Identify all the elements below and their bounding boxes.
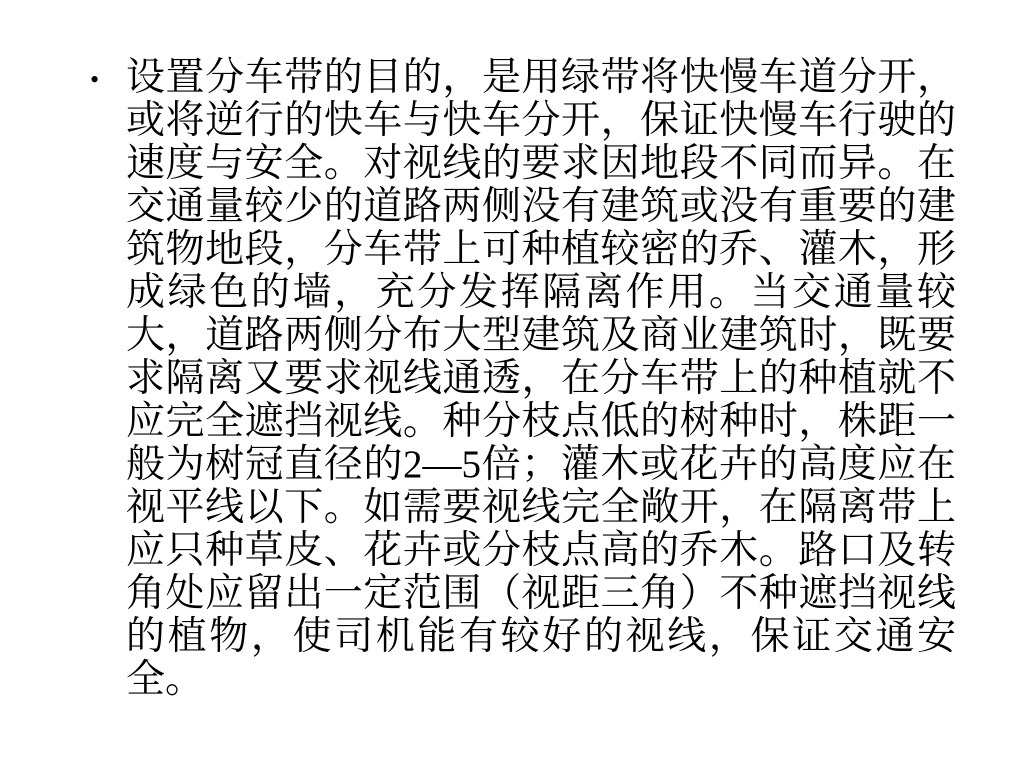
bullet-icon: • [90,56,126,101]
slide-text-block: • 设置分车带的目的，是用绿带将快慢车道分开，或将逆行的快车与快车分开，保证快慢… [90,56,956,701]
bullet-paragraph: 设置分车带的目的，是用绿带将快慢车道分开，或将逆行的快车与快车分开，保证快慢车行… [126,56,956,701]
presentation-slide: • 设置分车带的目的，是用绿带将快慢车道分开，或将逆行的快车与快车分开，保证快慢… [0,0,1024,768]
bullet-list-item: • 设置分车带的目的，是用绿带将快慢车道分开，或将逆行的快车与快车分开，保证快慢… [90,56,956,701]
